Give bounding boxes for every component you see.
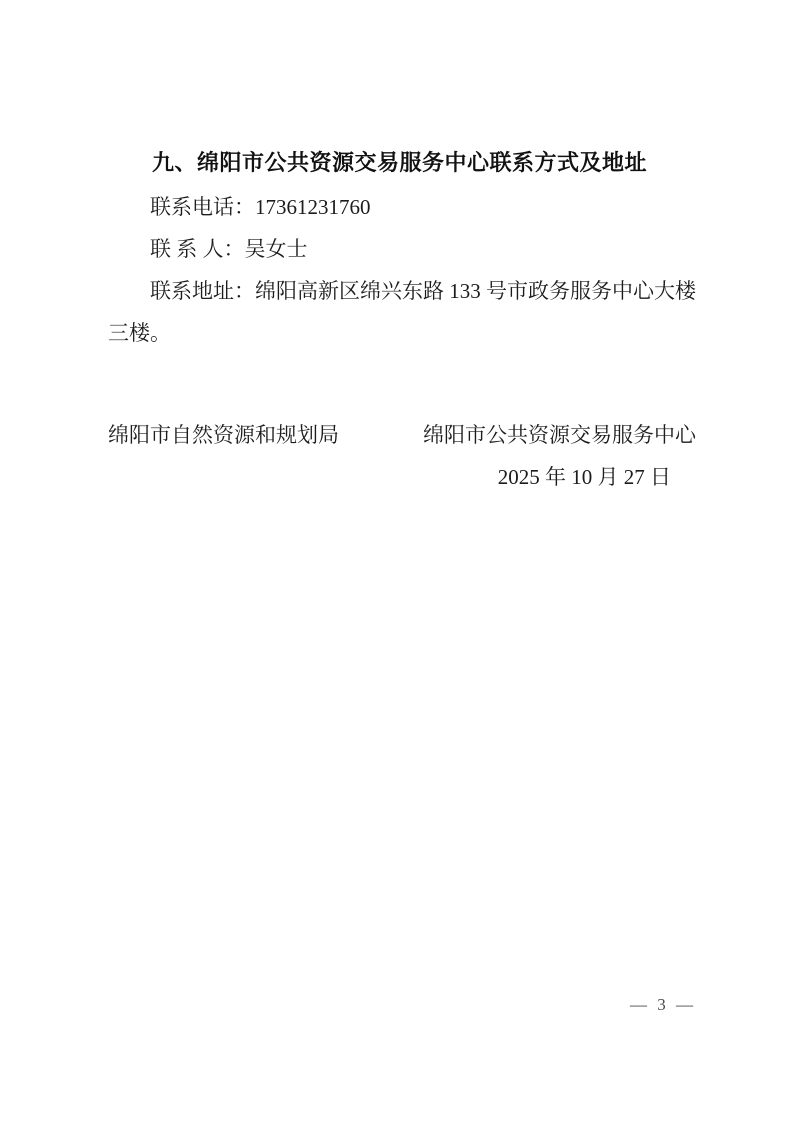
contact-phone-value: 17361231760 (255, 195, 371, 219)
contact-address-line: 联系地址：绵阳高新区绵兴东路 133 号市政务服务中心大楼三楼。 (108, 270, 696, 354)
contact-address-label: 联系地址： (150, 279, 255, 303)
section-heading: 九、绵阳市公共资源交易服务中心联系方式及地址 (108, 142, 696, 184)
signature-row: 绵阳市自然资源和规划局 绵阳市公共资源交易服务中心 (108, 414, 696, 456)
contact-phone-line: 联系电话：17361231760 (108, 186, 696, 228)
contact-person-label: 联 系 人： (150, 237, 245, 261)
document-page: 九、绵阳市公共资源交易服务中心联系方式及地址 联系电话：17361231760 … (0, 0, 793, 1122)
date-row: 2025 年 10 月 27 日 (108, 456, 696, 498)
contact-phone-label: 联系电话： (150, 195, 255, 219)
signature-right-org: 绵阳市公共资源交易服务中心 (423, 414, 696, 456)
contact-person-value: 吴女士 (245, 237, 308, 261)
signature-left-org: 绵阳市自然资源和规划局 (108, 414, 339, 456)
contact-person-line: 联 系 人：吴女士 (108, 228, 696, 270)
signature-date: 2025 年 10 月 27 日 (498, 465, 671, 489)
page-number: — 3 — (630, 990, 696, 1020)
